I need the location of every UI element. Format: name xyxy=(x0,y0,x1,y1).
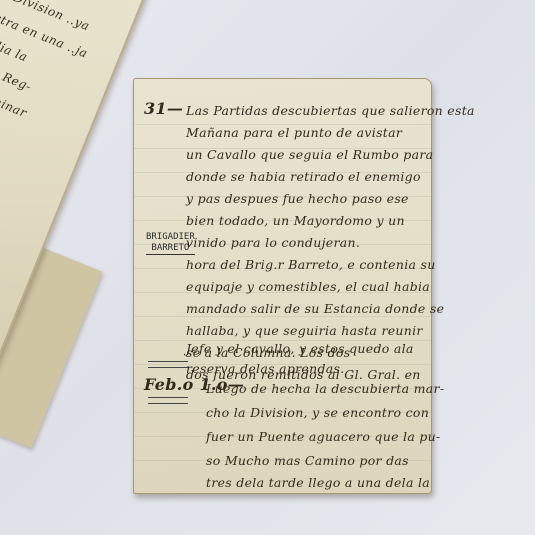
double-rule-divider xyxy=(148,397,188,404)
entry-line: bien todado, un Mayordomo y un xyxy=(186,213,405,228)
entry-line: un Cavallo que seguia el Rumbo para xyxy=(186,147,433,162)
entry-line: Las Partidas descubiertas que salieron e… xyxy=(186,103,475,118)
entry-line: reserva delas aprendas. xyxy=(186,361,345,376)
entry-line: y pas despues fue hecho paso ese xyxy=(186,191,409,206)
entry-line: Jefe y el cavallo, y estos quedo ala xyxy=(186,341,414,356)
entry-line: hallaba, y que seguiria hasta reunir xyxy=(186,323,423,338)
entry-line: mandado salir de su Estancia donde se xyxy=(186,301,444,316)
margin-note-line: BARRETO xyxy=(146,243,195,255)
entry-line: vinido para lo condujeran. xyxy=(186,235,360,250)
entry-line: donde se habia retirado el enemigo xyxy=(186,169,421,184)
margin-note-line: BRIGADIER xyxy=(146,232,195,243)
photo-scene: para la Division ..ya la nuestra en una … xyxy=(0,0,535,535)
entry-line: Mañana para el punto de avistar xyxy=(186,125,402,140)
entry-line: fuer un Puente aguacero que la pu- xyxy=(206,429,441,444)
entry-line: cho la Division, y se encontro con xyxy=(206,405,429,420)
entry-line: equipaje y comestibles, el cual habia xyxy=(186,279,430,294)
entry-line: Luego de hecha la descubierta mar- xyxy=(206,381,444,396)
margin-note-brigadier: BRIGADIER BARRETO xyxy=(146,232,195,255)
entry-date-31: 31— xyxy=(144,99,183,118)
double-rule-divider xyxy=(148,361,188,368)
entry-line: tres dela tarde llego a una dela la xyxy=(206,475,430,490)
entry-line: hora del Brig.r Barreto, e contenia su xyxy=(186,257,436,272)
entry-line: so Mucho mas Camino por das xyxy=(206,453,409,468)
right-page: 31— Las Partidas descubiertas que salier… xyxy=(133,78,432,494)
